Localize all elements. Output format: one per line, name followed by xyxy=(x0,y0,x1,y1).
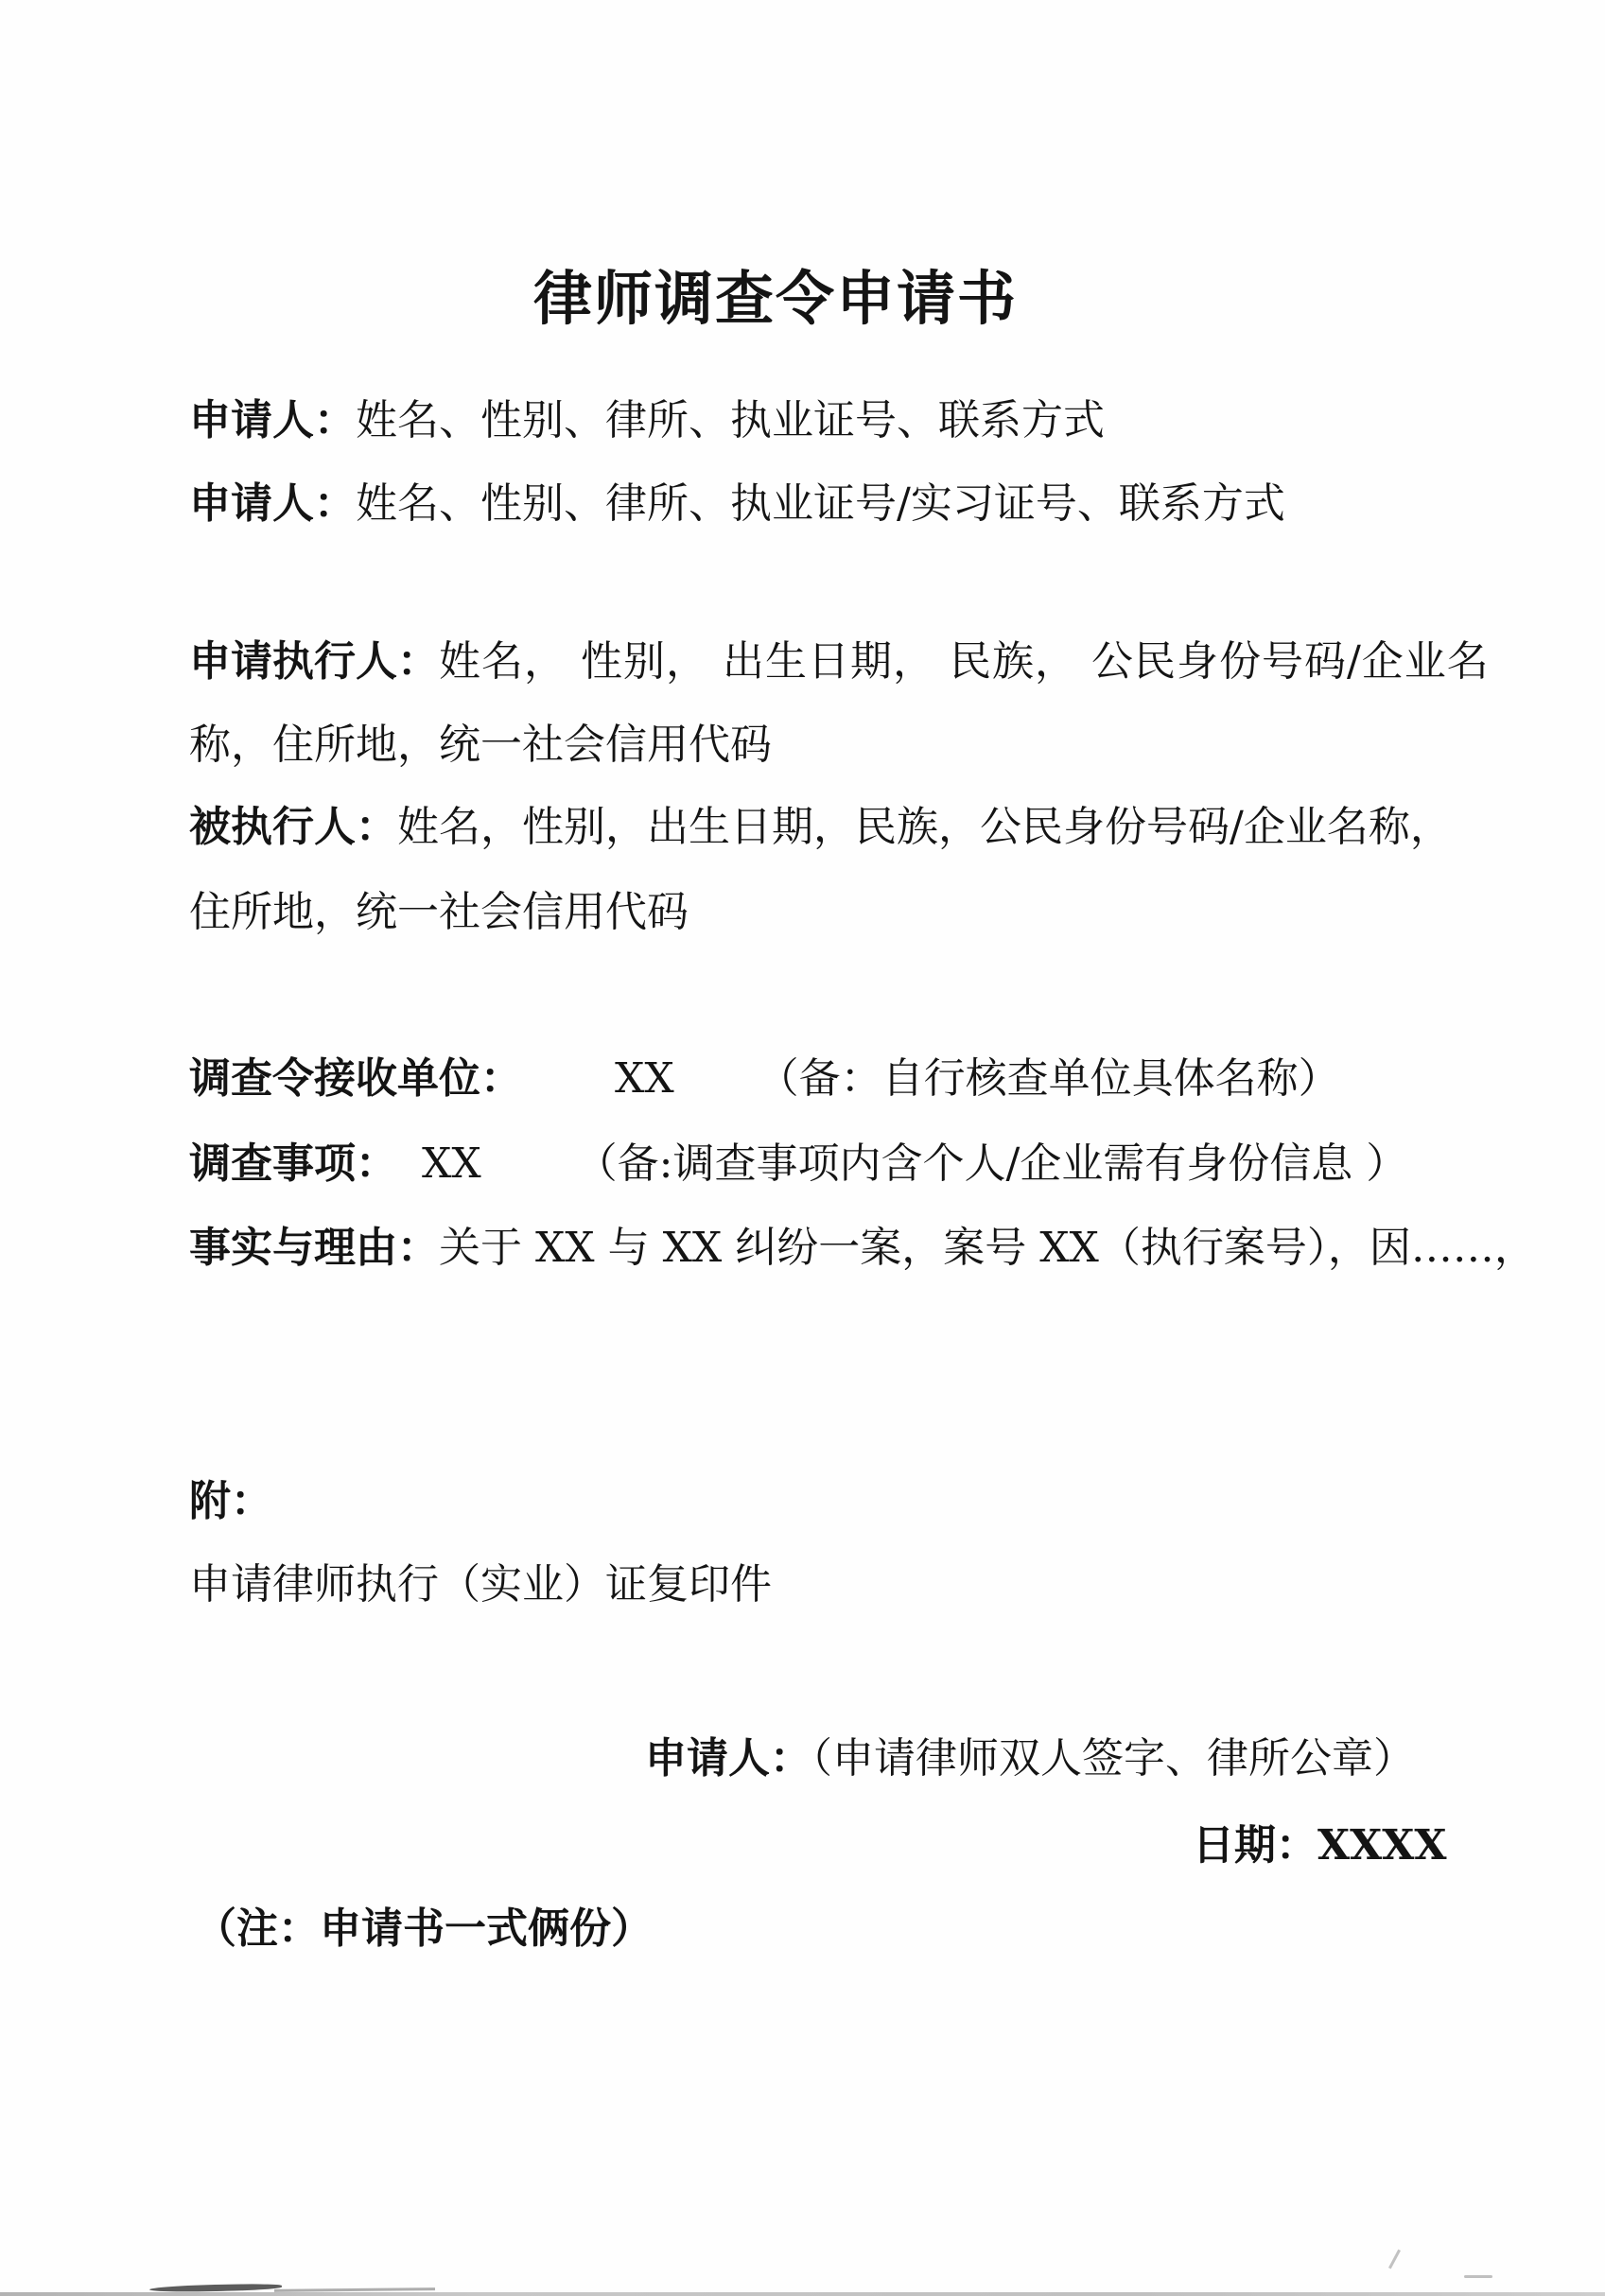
executee-line-continuation: 住所地，统一社会信用代码 xyxy=(189,888,689,937)
signature-line: 申请人：（申请律师双人签字、律所公章） xyxy=(645,1734,1415,1783)
receiver-value-placeholder: XX xyxy=(615,1054,674,1103)
signature-applicant-label: 申请人： xyxy=(645,1734,811,1783)
executor-line: 申请执行人：姓名， 性别， 出生日期， 民族， 公民身份号码/企业名 xyxy=(189,637,1490,687)
executee-text-line2: 住所地，统一社会信用代码 xyxy=(189,888,689,936)
executor-line-continuation: 称，住所地，统一社会信用代码 xyxy=(189,721,772,770)
scan-dash-artifact xyxy=(1464,2275,1492,2278)
facts-label: 事实与理由： xyxy=(189,1224,439,1272)
attachment-label: 附： xyxy=(189,1477,272,1526)
date-label: 日期： xyxy=(1193,1821,1317,1870)
executor-text-line2: 称，住所地，统一社会信用代码 xyxy=(189,721,772,769)
receiver-line: 调查令接收单位：XX（备：自行核查单位具体名称） xyxy=(189,1054,1340,1104)
executee-line: 被执行人：姓名，性别，出生日期，民族，公民身份号码/企业名称， xyxy=(189,803,1452,852)
receiver-label: 调查令接收单位： xyxy=(189,1054,522,1103)
applicant-line-2: 申请人：姓名、性别、律所、执业证号/实习证号、联系方式 xyxy=(189,479,1285,529)
matter-value-placeholder: XX xyxy=(422,1139,481,1188)
matter-label: 调查事项： xyxy=(189,1139,397,1188)
matter-line: 调查事项：XX（备:调查事项内含个人/企业需有身份信息 ） xyxy=(189,1139,1407,1189)
executor-label: 申请执行人： xyxy=(189,637,439,686)
facts-text: 关于 XX 与 XX 纠纷一案，案号 XX（执行案号），因……， xyxy=(439,1224,1536,1272)
applicant-2-label: 申请人： xyxy=(189,479,356,528)
date-value-placeholder: XXXX xyxy=(1317,1821,1447,1870)
scan-edge-artifact xyxy=(0,2292,1605,2296)
executee-label: 被执行人： xyxy=(189,803,397,851)
matter-remark: （备:调查事项内含个人/企业需有身份信息 ） xyxy=(576,1139,1408,1188)
document-title: 律师调查令申请书 xyxy=(0,252,1551,336)
executee-text-line1: 姓名，性别，出生日期，民族，公民身份号码/企业名称， xyxy=(397,803,1452,851)
attachment-label-text: 附： xyxy=(189,1477,272,1525)
scan-scratch-artifact xyxy=(1388,2250,1401,2270)
attachment-item-text: 申请律师执行（实业）证复印件 xyxy=(189,1560,772,1609)
attachment-item: 申请律师执行（实业）证复印件 xyxy=(189,1560,772,1609)
applicant-2-text: 姓名、性别、律所、执业证号/实习证号、联系方式 xyxy=(356,479,1285,528)
applicant-1-label: 申请人： xyxy=(189,396,356,444)
footnote: （注：申请书一式俩份） xyxy=(195,1905,653,1954)
scan-smudge-artifact xyxy=(149,2284,282,2293)
signature-applicant-note: （申请律师双人签字、律所公章） xyxy=(811,1734,1415,1783)
facts-line: 事实与理由：关于 XX 与 XX 纠纷一案，案号 XX（执行案号），因……， xyxy=(189,1224,1536,1273)
executor-text-line1: 姓名， 性别， 出生日期， 民族， 公民身份号码/企业名 xyxy=(439,637,1490,686)
applicant-1-text: 姓名、性别、律所、执业证号、联系方式 xyxy=(356,396,1105,444)
applicant-line-1: 申请人：姓名、性别、律所、执业证号、联系方式 xyxy=(189,396,1105,445)
receiver-remark: （备：自行核查单位具体名称） xyxy=(758,1054,1340,1103)
date-line: 日期：XXXX xyxy=(1193,1821,1447,1870)
document-page: 律师调查令申请书 申请人：姓名、性别、律所、执业证号、联系方式 申请人：姓名、性… xyxy=(0,0,1605,2296)
